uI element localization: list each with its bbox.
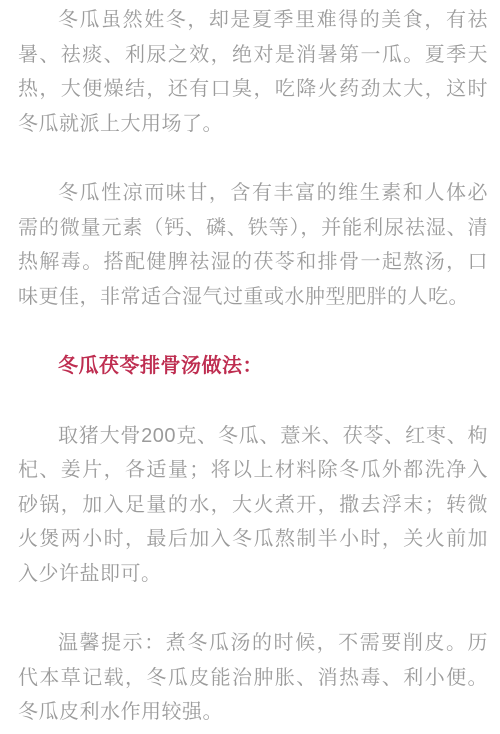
article-body: 冬瓜虽然姓冬，却是夏季里难得的美食，有祛暑、祛痰、利尿之效，绝对是消暑第一瓜。夏… xyxy=(0,0,500,730)
paragraph-tips: 温馨提示：煮冬瓜汤的时候，不需要削皮。历代本草记载，冬瓜皮能治肿胀、消热毒、利小… xyxy=(18,626,488,730)
paragraph-intro: 冬瓜虽然姓冬，却是夏季里难得的美食，有祛暑、祛痰、利尿之效，绝对是消暑第一瓜。夏… xyxy=(18,3,488,141)
recipe-heading: 冬瓜茯苓排骨汤做法： xyxy=(18,349,488,384)
paragraph-nutrition: 冬瓜性凉而味甘，含有丰富的维生素和人体必需的微量元素（钙、磷、铁等），并能利尿祛… xyxy=(18,176,488,314)
paragraph-recipe-steps: 取猪大骨200克、冬瓜、薏米、茯苓、红枣、枸杞、姜片，各适量；将以上材料除冬瓜外… xyxy=(18,419,488,592)
